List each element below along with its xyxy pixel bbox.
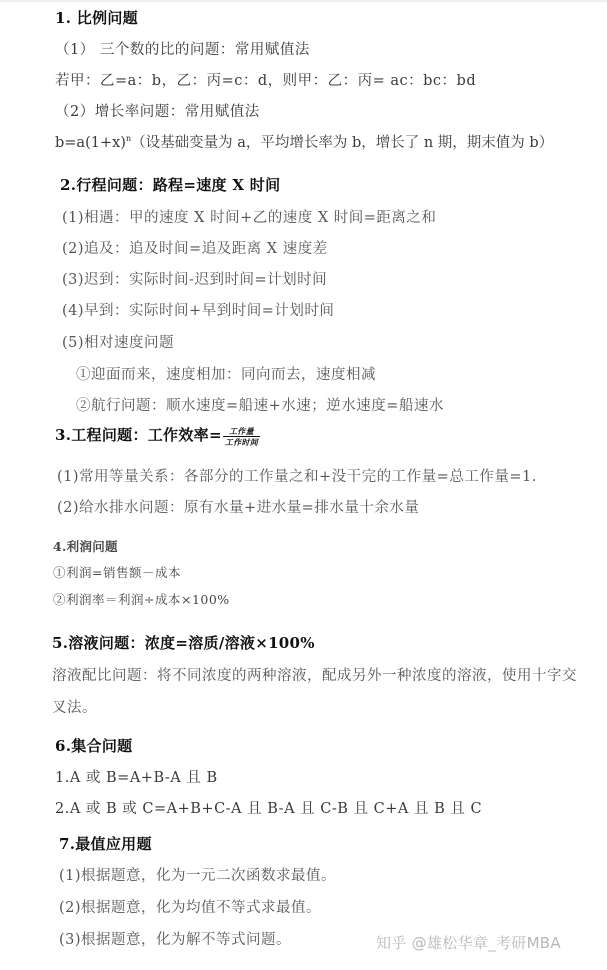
section-3-title-text: 3.工程问题：工作效率= — [55, 426, 222, 444]
section-6-title: 6.集合问题 — [55, 735, 132, 756]
section-3-line-2: (2)给水排水问题：原有水量+进水量=排水量十余水量 — [57, 496, 419, 517]
section-2-line-6: ①迎面而来，速度相加：同向而去，速度相减 — [76, 363, 376, 384]
section-1-line-3: （2）增长率问题：常用赋值法 — [55, 100, 260, 121]
section-5-line-2: 叉法。 — [52, 696, 97, 717]
section-4-title: 4.利润问题 — [53, 537, 118, 555]
section-1-line-2: 若甲：乙=a：b，乙：丙=c：d，则甲：乙：丙= ac：bc：bd — [55, 69, 476, 90]
section-1-line-1: （1） 三个数的比的问题：常用赋值法 — [55, 38, 310, 59]
formula-prefix: b=a(1+x) — [55, 135, 126, 151]
efficiency-fraction: 工作量工作时间 — [223, 426, 260, 447]
section-5-title: 5.溶液问题：浓度=溶质/溶液×100% — [52, 632, 315, 653]
section-1-formula: b=a(1+x)n（设基础变量为 a，平均增长率为 b，增长了 n 期，期末值为… — [55, 131, 553, 152]
section-2-line-2: (2)追及：追及时间=追及距离 X 速度差 — [62, 237, 328, 258]
section-2-line-1: (1)相遇：甲的速度 X 时间+乙的速度 X 时间=距离之和 — [62, 206, 436, 227]
top-border — [0, 0, 607, 2]
section-2-title: 2.行程问题：路程=速度 X 时间 — [60, 174, 280, 195]
section-7-line-2: (2)根据题意，化为均值不等式求最值。 — [59, 896, 321, 917]
section-2-line-3: (3)迟到：实际时间-迟到时间=计划时间 — [62, 268, 327, 289]
section-1-title: 1. 比例问题 — [55, 7, 138, 28]
section-6-line-2: 2.A 或 B 或 C=A+B+C-A 且 B-A 且 C-B 且 C+A 且 … — [55, 797, 482, 818]
section-2-line-4: (4)早到：实际时间+早到时间=计划时间 — [62, 299, 334, 320]
formula-description: （设基础变量为 a，平均增长率为 b，增长了 n 期，期末值为 b） — [131, 135, 553, 151]
zhihu-watermark: 知乎 @雄松华章_考研MBA — [376, 932, 561, 953]
fraction-numerator: 工作量 — [223, 426, 260, 437]
section-3-line-1: (1)常用等量关系：各部分的工作量之和+没干完的工作量=总工作量=1. — [57, 465, 537, 486]
fraction-denominator: 工作时间 — [223, 437, 260, 447]
section-3-title: 3.工程问题：工作效率=工作量工作时间 — [55, 424, 260, 447]
section-2-line-5: (5)相对速度问题 — [62, 331, 174, 352]
section-4-line-1: ①利润=销售额－成本 — [53, 563, 181, 581]
section-6-line-1: 1.A 或 B=A+B-A 且 B — [55, 766, 218, 787]
section-7-line-1: (1)根据题意，化为一元二次函数求最值。 — [59, 864, 336, 885]
section-7-title: 7.最值应用题 — [59, 833, 152, 854]
section-7-line-3: (3)根据题意，化为解不等式问题。 — [59, 928, 291, 949]
section-4-line-2: ②利润率＝利润÷成本×100% — [53, 590, 230, 608]
section-5-line-1: 溶液配比问题：将不同浓度的两种溶液，配成另外一种浓度的溶液，使用十字交 — [52, 664, 577, 685]
section-2-line-7: ②航行问题：顺水速度=船速+水速；逆水速度=船速水 — [76, 394, 444, 415]
